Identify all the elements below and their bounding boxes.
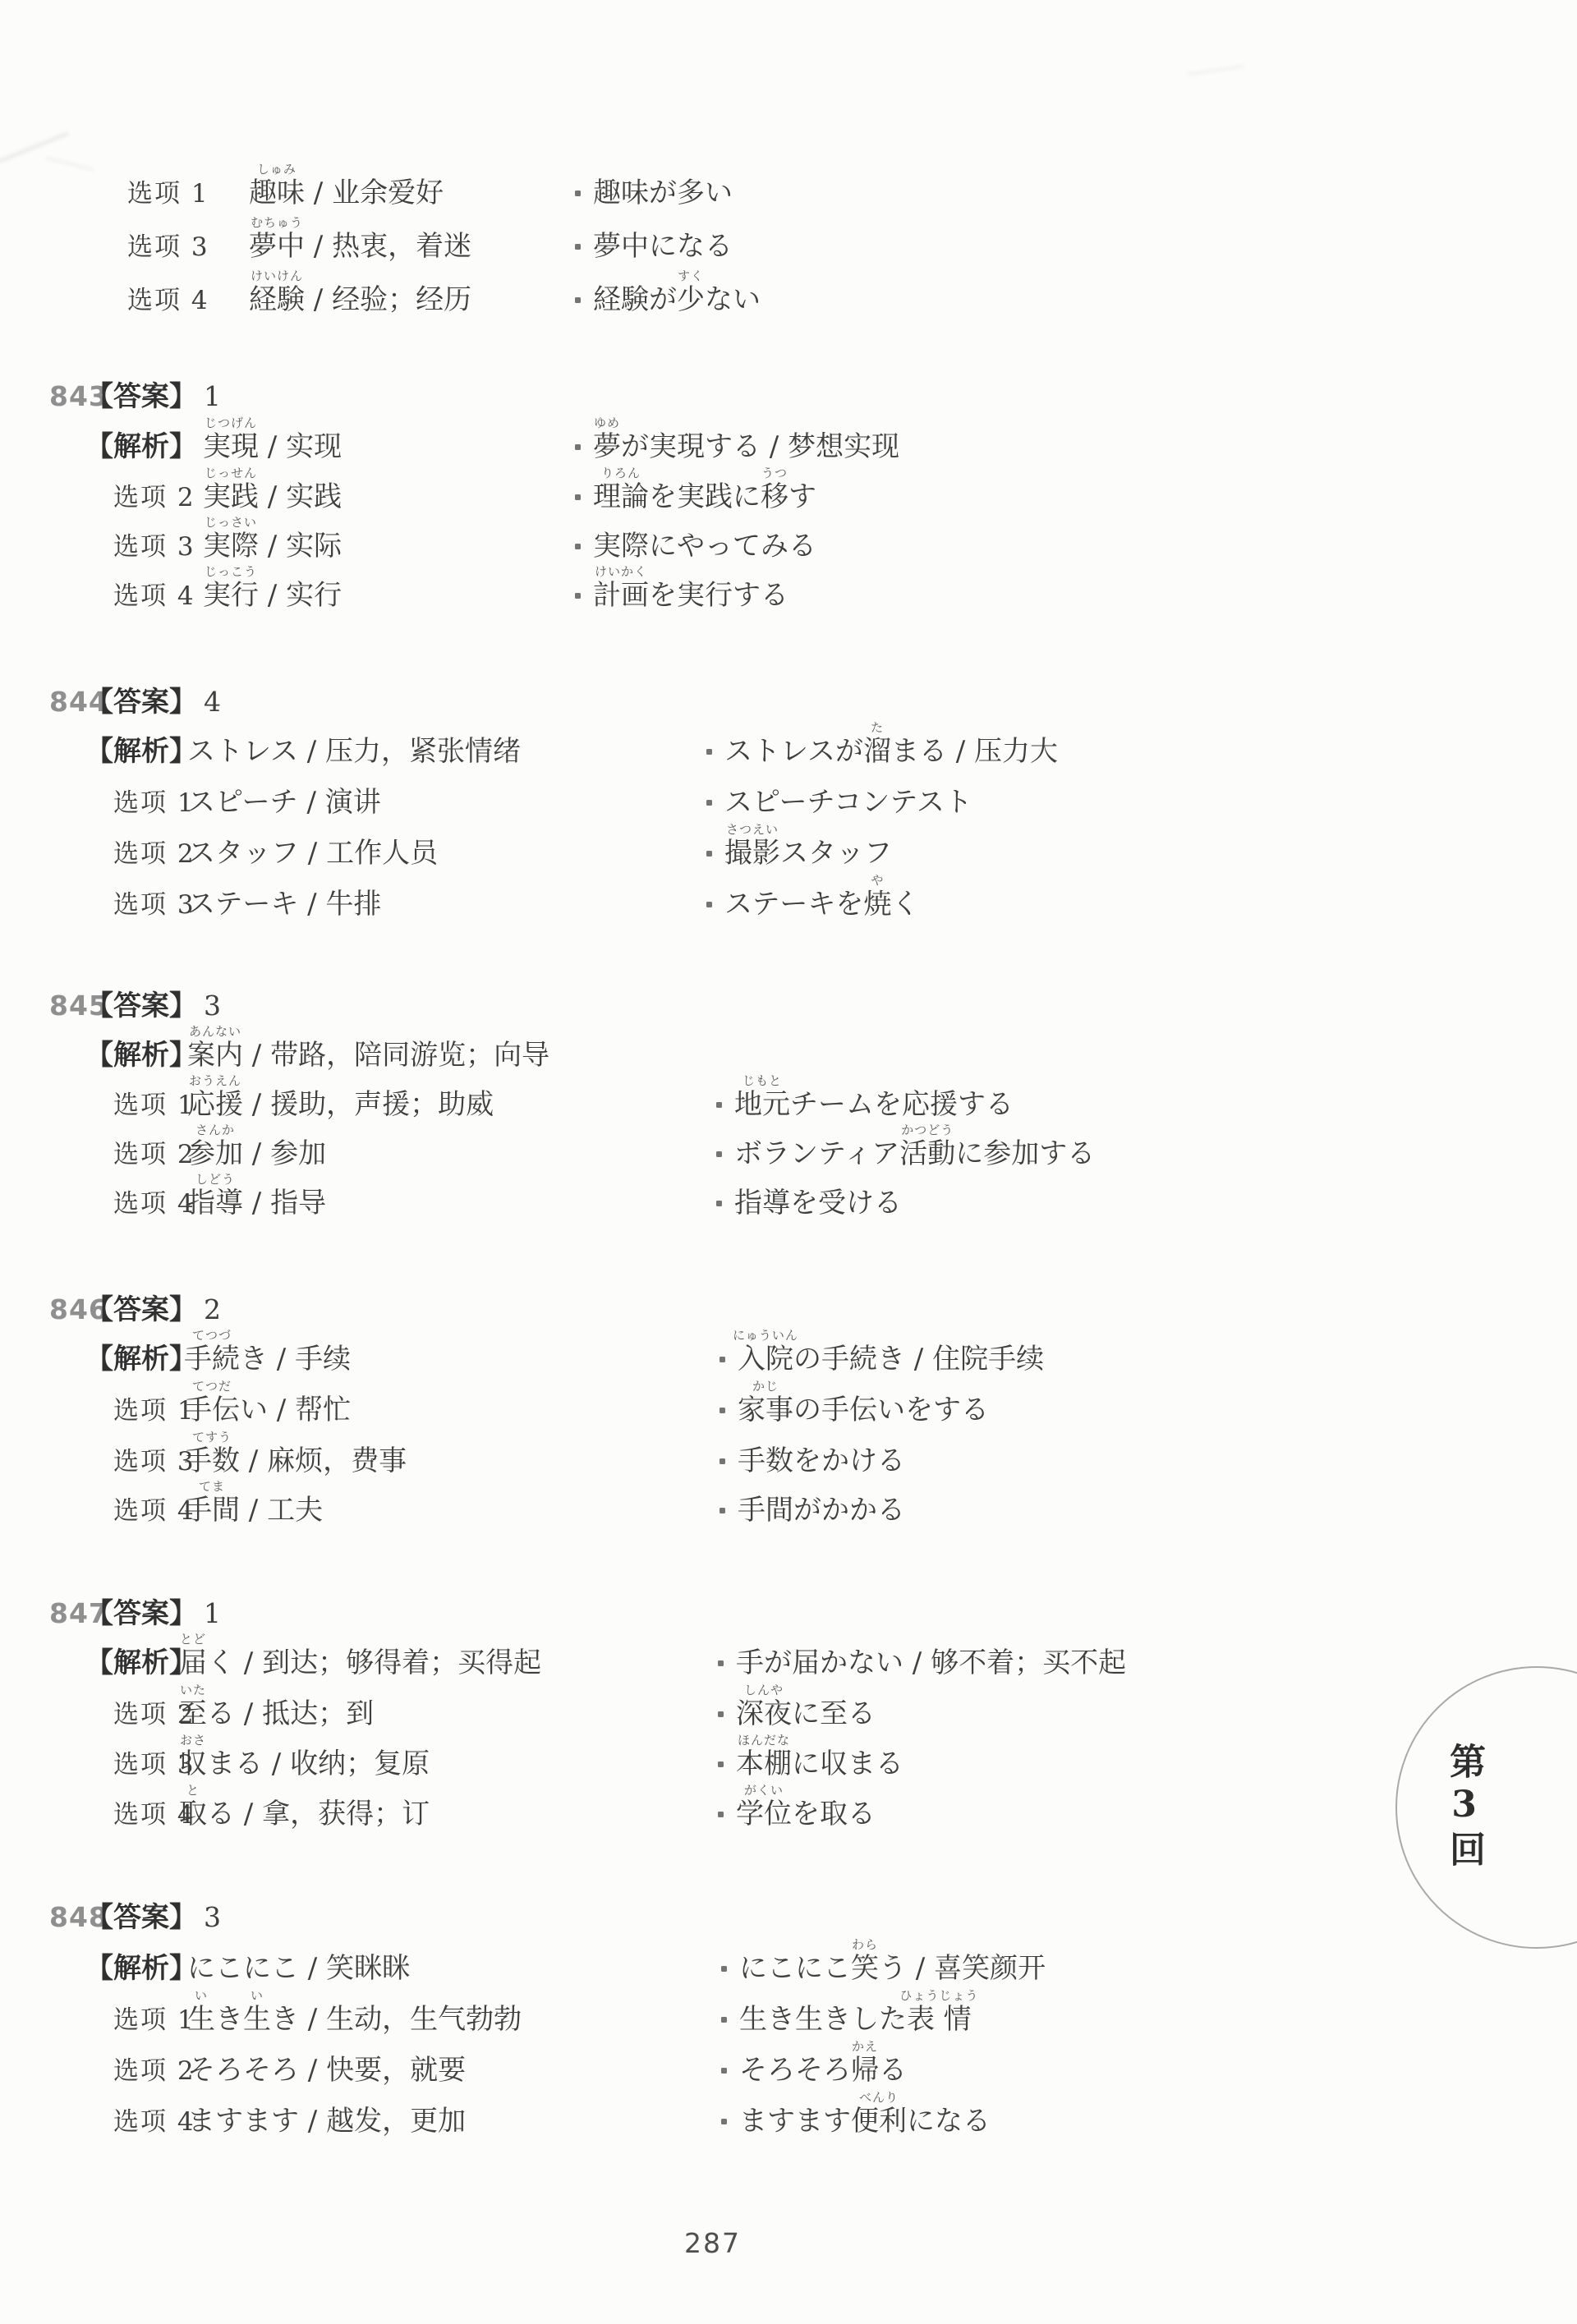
furigana: しゅみ [257, 163, 297, 176]
word-term: そろそろ / 快要，就要 [187, 2056, 466, 2084]
bullet-icon [718, 1761, 724, 1767]
answer-label: 【答案】 [85, 383, 197, 411]
option-label: 选项 3 [127, 235, 209, 260]
bullet-icon [575, 191, 581, 196]
furigana: い [251, 1990, 264, 2002]
furigana: かじ [752, 1380, 779, 1393]
ruby-base: 焼や [863, 890, 891, 918]
bullet-icon [575, 544, 581, 549]
example-phrase: スピーチコンテスト [706, 788, 972, 816]
ruby-base: 手続てつづ [184, 1345, 240, 1373]
option-row: 选项 3夢中むちゅう / 热衷，着迷夢中になる [0, 232, 1577, 270]
option-row: 选项 4取とる / 拿，获得；订学位がくいを取る [0, 1800, 1577, 1838]
word-term: 指導しどう / 指导 [187, 1189, 326, 1217]
ruby-base: 応援おうえん [187, 1091, 243, 1118]
furigana: べんり [859, 2092, 899, 2104]
word-term: 手間てま / 工夫 [184, 1496, 323, 1524]
ruby-base: 移うつ [761, 483, 788, 511]
option-row: 选项 4経験けいけん / 经验；经历経験が少すくない [0, 286, 1577, 324]
ruby-base: 便利べんり [851, 2107, 907, 2135]
furigana: しんや [744, 1684, 784, 1697]
example-text: 学位がくいを取る [736, 1800, 876, 1828]
bullet-icon [706, 902, 712, 907]
answer-label: 【答案】 [85, 1600, 197, 1628]
analysis-label: 【解析】 [85, 1954, 197, 1982]
example-phrase: ボランティア活動かつどうに参加する [716, 1140, 1095, 1168]
word-term: スタッフ / 工作人员 [187, 839, 438, 867]
furigana: すく [678, 270, 704, 282]
example-phrase: ますます便利べんりになる [721, 2107, 991, 2135]
option-label: 选项 1 [113, 791, 195, 816]
word-term: 参加さんか / 参加 [187, 1140, 326, 1168]
furigana: と [186, 1784, 200, 1797]
answer-label: 【答案】 [85, 1904, 197, 1931]
ruby-base: 案内あんない [187, 1041, 243, 1069]
example-phrase: 地元じもとチームを応援する [716, 1091, 1014, 1118]
furigana: いた [180, 1684, 206, 1697]
furigana: おうえん [189, 1075, 241, 1087]
answer-label: 【答案】 [85, 992, 197, 1020]
ruby-base: 経験けいけん [249, 286, 305, 314]
analysis-row: 【解析】手続てつづき / 手续入院にゅういんの手続き / 住院手续 [0, 1345, 1577, 1383]
ruby-base: 少すく [677, 286, 705, 314]
furigana: おさ [180, 1734, 206, 1747]
ruby-base: 表 情ひょうじょう [907, 2005, 972, 2033]
ruby-base: 夢ゆめ [593, 433, 621, 461]
furigana: い [195, 1990, 208, 2002]
option-row: 选项 2そろそろ / 快要，就要そろそろ帰かえる [0, 2056, 1577, 2094]
analysis-row: 【解析】にこにこ / 笑眯眯にこにこ笑わらう / 喜笑颜开 [0, 1954, 1577, 1992]
ruby-base: 撮影さつえい [724, 839, 780, 867]
word-term: 手伝てつだい / 帮忙 [184, 1396, 351, 1424]
ruby-base: 趣味しゅみ [249, 179, 305, 207]
example-phrase: 家事かじの手伝いをする [720, 1396, 989, 1424]
example-text: 実際にやってみる [593, 532, 816, 560]
furigana: てすう [192, 1431, 232, 1444]
furigana: けいけん [251, 270, 303, 282]
bullet-icon [575, 244, 581, 250]
option-label: 选项 4 [113, 1192, 195, 1217]
ruby-base: 取と [179, 1800, 207, 1828]
ruby-base: 計画けいかく [593, 581, 649, 609]
ruby-base: 参加さんか [187, 1140, 243, 1168]
word-term: 趣味しゅみ / 业余爱好 [249, 179, 444, 207]
bullet-icon [721, 2119, 727, 2124]
word-term: 取とる / 拿，获得；订 [179, 1800, 430, 1828]
analysis-label: 【解析】 [85, 1345, 197, 1373]
option-label: 选项 4 [127, 288, 209, 314]
bullet-icon [720, 1458, 725, 1464]
option-label: 选项 3 [113, 535, 195, 560]
furigana: じっこう [205, 566, 257, 578]
bullet-icon [721, 1966, 727, 1972]
furigana: た [871, 722, 884, 734]
example-text: 手間がかかる [738, 1496, 905, 1524]
ruby-base: 帰かえ [851, 2056, 879, 2084]
bullet-icon [716, 1201, 722, 1206]
example-phrase: 手間がかかる [720, 1496, 905, 1524]
option-label: 选项 2 [113, 842, 195, 867]
ruby-base: 実践じっせん [203, 483, 259, 511]
furigana: にゅういん [733, 1330, 798, 1342]
example-text: ますます便利べんりになる [739, 2107, 991, 2135]
example-text: 生き生きした表 情ひょうじょう [739, 2005, 972, 2033]
analysis-label: 【解析】 [85, 1041, 197, 1069]
ruby-base: 地元じもと [734, 1091, 790, 1118]
option-label: 选项 4 [113, 2110, 195, 2135]
example-text: 撮影さつえいスタッフ [724, 839, 892, 867]
bullet-icon [721, 2017, 727, 2023]
ruby-base: 実際じっさい [203, 532, 259, 560]
example-text: スピーチコンテスト [724, 788, 972, 816]
furigana: がくい [744, 1784, 784, 1797]
example-phrase: 趣味が多い [575, 179, 733, 207]
option-row: 选项 2スタッフ / 工作人员撮影さつえいスタッフ [0, 839, 1577, 877]
furigana: じっせん [205, 467, 257, 480]
example-text: ステーキを焼やく [724, 890, 919, 918]
option-label: 选项 2 [113, 485, 195, 511]
analysis-label: 【解析】 [85, 433, 197, 461]
example-phrase: 学位がくいを取る [718, 1800, 876, 1828]
furigana: あんない [189, 1026, 241, 1038]
ruby-base: 本棚ほんだな [736, 1750, 792, 1778]
bullet-icon [720, 1357, 725, 1362]
word-term: ますます / 越发，更加 [187, 2107, 466, 2135]
bullet-icon [706, 749, 712, 755]
book-page: 选项 1趣味しゅみ / 业余爱好趣味が多い选项 3夢中むちゅう / 热衷，着迷夢… [0, 0, 1577, 2324]
example-phrase: 経験が少すくない [575, 286, 761, 314]
ruby-base: 生い [187, 2005, 215, 2033]
furigana: うつ [761, 467, 788, 480]
ruby-base: 入院にゅういん [738, 1345, 793, 1373]
example-text: 趣味が多い [593, 179, 733, 207]
example-text: 深夜しんやに至る [736, 1700, 876, 1728]
ruby-base: 指導しどう [187, 1189, 243, 1217]
example-phrase: ストレスが溜たまる / 压力大 [706, 737, 1058, 765]
bullet-icon [706, 800, 712, 806]
option-label: 选项 4 [113, 1499, 195, 1524]
example-phrase: ステーキを焼やく [706, 890, 919, 918]
furigana: さんか [195, 1124, 235, 1137]
ruby-base: 実行じっこう [203, 581, 259, 609]
word-term: 至いたる / 抵达；到 [179, 1700, 374, 1728]
answer-label: 【答案】 [85, 1296, 197, 1324]
example-phrase: 計画けいかくを実行する [575, 581, 788, 609]
example-phrase: 手数をかける [720, 1447, 905, 1475]
option-row: 选项 3手数てすう / 麻烦，费事手数をかける [0, 1447, 1577, 1485]
option-label: 选项 4 [113, 584, 195, 609]
ruby-base: 届とど [179, 1649, 207, 1677]
word-term: 届とどく / 到达；够得着；买得起 [179, 1649, 541, 1677]
answer-value: 2 [204, 1296, 221, 1323]
answer-value: 3 [204, 992, 221, 1019]
furigana: てま [199, 1481, 225, 1493]
option-row: 选项 4指導しどう / 指导指導を受ける [0, 1189, 1577, 1227]
word-term: 案内あんない / 带路，陪同游览；向导 [187, 1041, 549, 1069]
ruby-base: 夢中むちゅう [249, 232, 305, 260]
bullet-icon [720, 1508, 725, 1513]
furigana: ほんだな [738, 1734, 790, 1747]
option-row: 选项 3収おさまる / 收纳；复原本棚ほんだなに収まる [0, 1750, 1577, 1788]
word-term: 実践じっせん / 实践 [203, 483, 342, 511]
furigana: りろん [601, 467, 641, 480]
bullet-icon [575, 297, 581, 303]
example-text: 夢中になる [593, 232, 733, 260]
furigana: わら [852, 1939, 878, 1951]
answer-header-row: 848【答案】3 [0, 1904, 1577, 1941]
word-term: にこにこ / 笑眯眯 [187, 1954, 410, 1982]
bullet-icon [716, 1151, 722, 1157]
example-phrase: 指導を受ける [716, 1189, 902, 1217]
option-row: 选项 1趣味しゅみ / 业余爱好趣味が多い [0, 179, 1577, 217]
option-row: 选项 4実行じっこう / 实行計画けいかくを実行する [0, 581, 1577, 619]
answer-label: 【答案】 [85, 688, 197, 716]
ruby-base: 理論りろん [593, 483, 649, 511]
word-term: 実際じっさい / 实际 [203, 532, 342, 560]
furigana: てつだ [192, 1380, 232, 1393]
example-text: 地元じもとチームを応援する [734, 1091, 1014, 1118]
furigana: や [871, 875, 884, 887]
option-row: 选项 2参加さんか / 参加ボランティア活動かつどうに参加する [0, 1140, 1577, 1178]
word-term: 実行じっこう / 实行 [203, 581, 342, 609]
word-term: 生いき生いき / 生动，生气勃勃 [187, 2005, 522, 2033]
ruby-base: 実現じつげん [203, 433, 259, 461]
word-term: 手続てつづき / 手续 [184, 1345, 351, 1373]
ruby-base: 至いた [179, 1700, 207, 1728]
word-term: 経験けいけん / 经验；经历 [249, 286, 471, 314]
option-row: 选项 1手伝てつだい / 帮忙家事かじの手伝いをする [0, 1396, 1577, 1434]
bullet-icon [718, 1660, 724, 1666]
bullet-icon [575, 494, 581, 500]
example-text: 指導を受ける [734, 1189, 902, 1217]
analysis-row: 【解析】ストレス / 压力，紧张情绪ストレスが溜たまる / 压力大 [0, 737, 1577, 775]
example-phrase: 本棚ほんだなに収まる [718, 1750, 903, 1778]
furigana: ゆめ [594, 417, 620, 429]
answer-header-row: 847【答案】1 [0, 1600, 1577, 1637]
example-text: 理論りろんを実践に移うつす [593, 483, 816, 511]
ruby-base: 笑わら [851, 1954, 879, 1982]
bullet-icon [575, 444, 581, 450]
answer-value: 1 [204, 1600, 221, 1627]
example-phrase: 撮影さつえいスタッフ [706, 839, 892, 867]
furigana: じもと [743, 1075, 782, 1087]
example-phrase: 深夜しんやに至る [718, 1700, 876, 1728]
answer-header-row: 844【答案】4 [0, 688, 1577, 726]
ruby-base: 家事かじ [738, 1396, 793, 1424]
example-text: 家事かじの手伝いをする [738, 1396, 989, 1424]
bullet-icon [575, 593, 581, 599]
example-text: 手数をかける [738, 1447, 905, 1475]
word-term: 実現じつげん / 实现 [203, 433, 342, 461]
side-tab-label: 第3回 [1437, 1743, 1490, 1872]
furigana: さつえい [726, 824, 779, 836]
example-text: 入院にゅういんの手続き / 住院手续 [738, 1345, 1044, 1373]
bullet-icon [716, 1102, 722, 1108]
word-term: 収おさまる / 收纳；复原 [179, 1750, 430, 1778]
word-term: 手数てすう / 麻烦，费事 [184, 1447, 407, 1475]
bullet-icon [718, 1812, 724, 1817]
word-term: スピーチ / 演讲 [187, 788, 381, 816]
furigana: とど [180, 1633, 206, 1646]
example-phrase: そろそろ帰かえる [721, 2056, 907, 2084]
example-text: 本棚ほんだなに収まる [736, 1750, 903, 1778]
furigana: けいかく [595, 566, 647, 578]
word-term: 夢中むちゅう / 热衷，着迷 [249, 232, 471, 260]
ruby-base: 生い [243, 2005, 271, 2033]
option-label: 选项 1 [127, 181, 209, 207]
example-text: 経験が少すくない [593, 286, 761, 314]
ruby-base: 活動かつどう [899, 1140, 955, 1168]
example-phrase: 入院にゅういんの手続き / 住院手续 [720, 1345, 1044, 1373]
bullet-icon [706, 851, 712, 857]
answer-value: 4 [204, 688, 221, 715]
bullet-icon [721, 2068, 727, 2074]
ruby-base: 収おさ [179, 1750, 207, 1778]
ruby-base: 学位がくい [736, 1800, 792, 1828]
bullet-icon [720, 1408, 725, 1413]
example-text: にこにこ笑わらう / 喜笑颜开 [739, 1954, 1046, 1982]
option-row: 选项 1応援おうえん / 援助，声援；助威地元じもとチームを応援する [0, 1091, 1577, 1128]
furigana: しどう [195, 1173, 235, 1186]
furigana: かえ [852, 2041, 878, 2053]
option-label: 选项 1 [113, 1093, 195, 1118]
example-phrase: にこにこ笑わらう / 喜笑颜开 [721, 1954, 1046, 1982]
option-label: 选项 2 [113, 1142, 195, 1168]
example-phrase: 夢ゆめが実現する / 梦想实现 [575, 433, 899, 461]
example-text: ストレスが溜たまる / 压力大 [724, 737, 1058, 765]
option-label: 选项 2 [113, 2059, 195, 2084]
option-label: 选项 1 [113, 2008, 195, 2033]
option-row: 选项 4手間てま / 工夫手間がかかる [0, 1496, 1577, 1534]
ruby-base: 手間てま [184, 1496, 240, 1524]
ruby-base: 深夜しんや [736, 1700, 792, 1728]
furigana: じつげん [205, 417, 257, 429]
example-text: 手が届かない / 够不着；买不起 [736, 1649, 1126, 1677]
example-phrase: 理論りろんを実践に移うつす [575, 483, 816, 511]
bullet-icon [718, 1711, 724, 1717]
page-number: 287 [684, 2227, 741, 2259]
example-phrase: 実際にやってみる [575, 532, 816, 560]
analysis-label: 【解析】 [85, 737, 197, 765]
ruby-base: 手伝てつだ [184, 1396, 240, 1424]
example-text: 夢ゆめが実現する / 梦想实现 [593, 433, 899, 461]
furigana: てつづ [192, 1330, 232, 1342]
answer-value: 1 [204, 383, 221, 410]
ruby-base: 溜た [863, 737, 891, 765]
example-phrase: 夢中になる [575, 232, 733, 260]
option-row: 选项 3ステーキ / 牛排ステーキを焼やく [0, 890, 1577, 928]
option-row: 选项 1スピーチ / 演讲スピーチコンテスト [0, 788, 1577, 826]
scan-smudge [46, 157, 94, 171]
furigana: じっさい [205, 517, 257, 529]
furigana: むちゅう [251, 217, 303, 229]
word-term: 応援おうえん / 援助，声援；助威 [187, 1091, 494, 1118]
furigana: ひょうじょう [899, 1990, 978, 2002]
example-text: ボランティア活動かつどうに参加する [734, 1140, 1095, 1168]
example-text: そろそろ帰かえる [739, 2056, 907, 2084]
word-term: ストレス / 压力，紧张情绪 [187, 737, 521, 765]
scan-smudge [1187, 65, 1244, 76]
example-phrase: 手が届かない / 够不着；买不起 [718, 1649, 1126, 1677]
furigana: かつどう [901, 1124, 954, 1137]
option-row: 选项 1生いき生いき / 生动，生气勃勃生き生きした表 情ひょうじょう [0, 2005, 1577, 2043]
example-phrase: 生き生きした表 情ひょうじょう [721, 2005, 972, 2033]
option-label: 选项 1 [113, 1399, 195, 1424]
option-label: 选项 3 [113, 1449, 195, 1475]
option-row: 选项 4ますます / 越发，更加ますます便利べんりになる [0, 2107, 1577, 2145]
word-term: ステーキ / 牛排 [187, 890, 381, 918]
ruby-base: 手数てすう [184, 1447, 240, 1475]
option-label: 选项 3 [113, 893, 195, 918]
example-text: 計画けいかくを実行する [593, 581, 788, 609]
answer-value: 3 [204, 1904, 221, 1931]
analysis-row: 【解析】届とどく / 到达；够得着；买得起手が届かない / 够不着；买不起 [0, 1649, 1577, 1687]
